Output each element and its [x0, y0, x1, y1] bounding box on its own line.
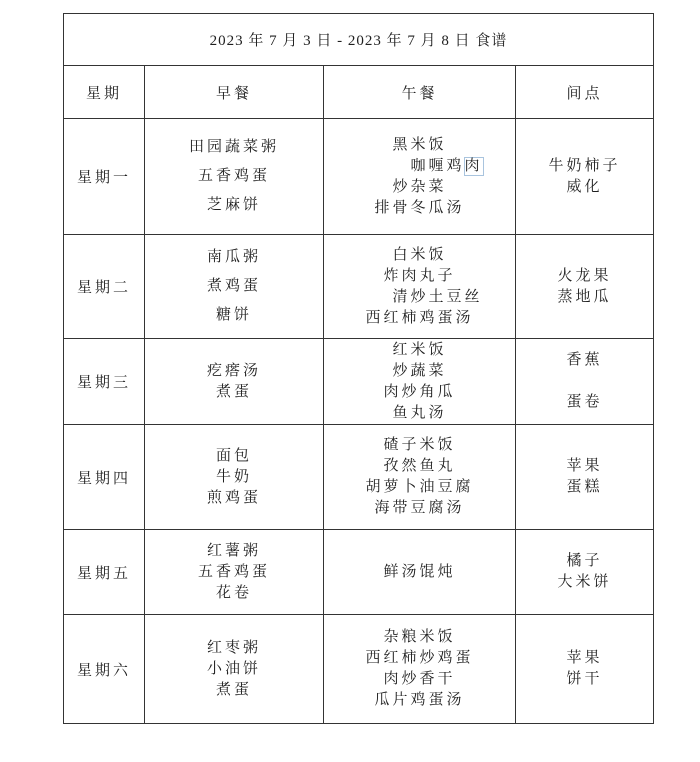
menu-item-line: 香蕉 [516, 350, 653, 371]
menu-row: 星期三疙瘩汤煮蛋红米饭炒蔬菜肉炒角瓜鱼丸汤香蕉蛋卷 [64, 339, 654, 425]
snack-cell: 苹果饼干 [516, 615, 654, 724]
day-cell: 星期三 [64, 339, 145, 425]
menu-item-line: 糖饼 [145, 301, 323, 330]
highlighted-char: 肉 [464, 157, 484, 176]
menu-item-line: 炒杂菜 [324, 177, 515, 198]
menu-item-line: 杂粮米饭 [324, 627, 515, 648]
menu-item-line: 瓜片鸡蛋汤 [324, 690, 515, 711]
menu-item-line: 花卷 [145, 583, 323, 604]
menu-item-line: 小油饼 [145, 659, 323, 680]
snack-cell: 牛奶柿子威化 [516, 119, 654, 235]
menu-item-line: 蛋卷 [516, 392, 653, 413]
menu-table: 2023 年 7 月 3 日 - 2023 年 7 月 8 日 食谱 星期 早餐… [63, 13, 654, 724]
menu-item-line: 大米饼 [516, 572, 653, 593]
menu-item-line: 红米饭 [324, 340, 515, 361]
menu-item-line: 炒蔬菜 [324, 361, 515, 382]
menu-item-line: 苹果 [516, 456, 653, 477]
menu-item-line: 橘子 [516, 551, 653, 572]
menu-item-line: 黑米饭 [324, 135, 515, 156]
day-cell: 星期一 [64, 119, 145, 235]
lunch-cell: 碴子米饭孜然鱼丸胡萝卜油豆腐海带豆腐汤 [324, 425, 516, 530]
lunch-cell: 鲜汤馄炖 [324, 530, 516, 615]
menu-item-line: 芝麻饼 [145, 191, 323, 220]
menu-item-line: 肉炒角瓜 [324, 382, 515, 403]
menu-title-row: 2023 年 7 月 3 日 - 2023 年 7 月 8 日 食谱 [64, 14, 654, 66]
menu-item-line: 牛奶柿子 [516, 156, 653, 177]
menu-item-line: 煮蛋 [145, 680, 323, 701]
menu-item-line: 田园蔬菜粥 [145, 133, 323, 162]
menu-item-line: 白米饭 [324, 245, 515, 266]
menu-item-line: 红薯粥 [145, 541, 323, 562]
menu-header-row: 星期 早餐 午餐 间点 [64, 66, 654, 119]
menu-item-line: 排骨冬瓜汤 [324, 198, 515, 219]
menu-item-line: 孜然鱼丸 [324, 456, 515, 477]
header-weekday: 星期 [64, 66, 145, 119]
menu-item-line: 煮蛋 [145, 382, 323, 403]
menu-item-line: 胡萝卜油豆腐 [324, 477, 515, 498]
snack-cell: 苹果蛋糕 [516, 425, 654, 530]
breakfast-cell: 红薯粥五香鸡蛋花卷 [145, 530, 324, 615]
menu-item-line: 牛奶 [145, 467, 323, 488]
menu-item-line: 五香鸡蛋 [145, 562, 323, 583]
menu-item-line: 五香鸡蛋 [145, 162, 323, 191]
breakfast-cell: 红枣粥小油饼煮蛋 [145, 615, 324, 724]
menu-item-line: 海带豆腐汤 [324, 498, 515, 519]
menu-item-line: 西红柿鸡蛋汤 [324, 308, 515, 329]
snack-cell: 橘子大米饼 [516, 530, 654, 615]
breakfast-cell: 南瓜粥煮鸡蛋糖饼 [145, 235, 324, 339]
menu-item-line: 碴子米饭 [324, 435, 515, 456]
menu-row: 星期二南瓜粥煮鸡蛋糖饼白米饭炸肉丸子 清炒土豆丝西红柿鸡蛋汤火龙果蒸地瓜 [64, 235, 654, 339]
menu-item-line: 威化 [516, 177, 653, 198]
menu-item-line: 西红柿炒鸡蛋 [324, 648, 515, 669]
menu-item-line: 面包 [145, 446, 323, 467]
menu-row: 星期五红薯粥五香鸡蛋花卷鲜汤馄炖橘子大米饼 [64, 530, 654, 615]
menu-item-line: 南瓜粥 [145, 243, 323, 272]
header-lunch: 午餐 [324, 66, 516, 119]
menu-item-line: 疙瘩汤 [145, 361, 323, 382]
breakfast-cell: 田园蔬菜粥五香鸡蛋芝麻饼 [145, 119, 324, 235]
menu-title: 2023 年 7 月 3 日 - 2023 年 7 月 8 日 食谱 [64, 14, 654, 66]
menu-row: 星期一田园蔬菜粥五香鸡蛋芝麻饼黑米饭 咖喱鸡肉炒杂菜排骨冬瓜汤牛奶柿子威化 [64, 119, 654, 235]
day-cell: 星期四 [64, 425, 145, 530]
menu-item-line: 蒸地瓜 [516, 287, 653, 308]
lunch-cell: 白米饭炸肉丸子 清炒土豆丝西红柿鸡蛋汤 [324, 235, 516, 339]
breakfast-cell: 疙瘩汤煮蛋 [145, 339, 324, 425]
lunch-cell: 杂粮米饭西红柿炒鸡蛋肉炒香干瓜片鸡蛋汤 [324, 615, 516, 724]
header-snack: 间点 [516, 66, 654, 119]
day-cell: 星期五 [64, 530, 145, 615]
snack-cell: 香蕉蛋卷 [516, 339, 654, 425]
menu-item-line: 苹果 [516, 648, 653, 669]
menu-item-line: 鲜汤馄炖 [324, 562, 515, 583]
menu-row: 星期四面包牛奶煎鸡蛋碴子米饭孜然鱼丸胡萝卜油豆腐海带豆腐汤苹果蛋糕 [64, 425, 654, 530]
menu-item-line: 咖喱鸡肉 [324, 156, 515, 177]
snack-cell: 火龙果蒸地瓜 [516, 235, 654, 339]
document-page: 2023 年 7 月 3 日 - 2023 年 7 月 8 日 食谱 星期 早餐… [0, 0, 700, 762]
menu-item-line: 清炒土豆丝 [324, 287, 515, 308]
menu-item-line: 鱼丸汤 [324, 403, 515, 424]
menu-item-line: 煎鸡蛋 [145, 488, 323, 509]
menu-row: 星期六红枣粥小油饼煮蛋杂粮米饭西红柿炒鸡蛋肉炒香干瓜片鸡蛋汤苹果饼干 [64, 615, 654, 724]
menu-item-line: 煮鸡蛋 [145, 272, 323, 301]
day-cell: 星期二 [64, 235, 145, 339]
menu-item-line: 红枣粥 [145, 638, 323, 659]
day-cell: 星期六 [64, 615, 145, 724]
lunch-cell: 黑米饭 咖喱鸡肉炒杂菜排骨冬瓜汤 [324, 119, 516, 235]
breakfast-cell: 面包牛奶煎鸡蛋 [145, 425, 324, 530]
menu-item-line [516, 371, 653, 392]
menu-item-line: 炸肉丸子 [324, 266, 515, 287]
menu-item-line: 饼干 [516, 669, 653, 690]
menu-item-line: 火龙果 [516, 266, 653, 287]
menu-item-line: 蛋糕 [516, 477, 653, 498]
header-breakfast: 早餐 [145, 66, 324, 119]
menu-item-line: 肉炒香干 [324, 669, 515, 690]
lunch-cell: 红米饭炒蔬菜肉炒角瓜鱼丸汤 [324, 339, 516, 425]
